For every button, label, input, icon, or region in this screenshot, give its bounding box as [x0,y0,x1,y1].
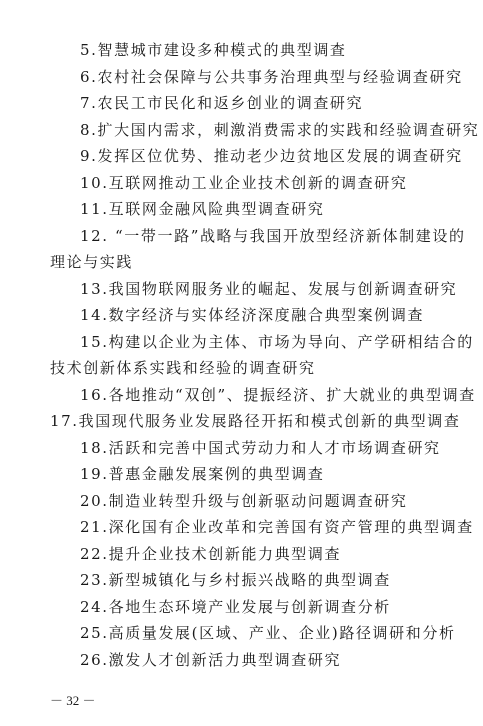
list-item: 7.农民工市民化和返乡创业的调查研究 [80,93,363,113]
list-item: 12. “一带一路”战略与我国开放型经济新体制建设的 [80,226,466,246]
list-item: 13.我国物联网服务业的崛起、发展与创新调查研究 [80,279,457,299]
list-item: 11.互联网金融风险典型调查研究 [80,199,324,219]
list-item: 5.智慧城市建设多种模式的典型调查 [80,40,347,60]
list-item: 14.数字经济与实体经济深度融合典型案例调查 [80,305,424,325]
list-item: 23.新型城镇化与乡村振兴战略的典型调查 [80,570,391,590]
list-item-continuation: 理论与实践 [50,252,133,272]
list-item: 21.深化国有企业改革和完善国有资产管理的典型调查 [80,517,474,537]
list-item: 17.我国现代服务业发展路径开拓和模式创新的典型调查 [50,411,460,431]
list-item: 16.各地推动“双创”、提振经济、扩大就业的典型调查 [80,385,476,405]
list-item: 24.各地生态环境产业发展与创新调查分析 [80,597,391,617]
list-item: 20.制造业转型升级与创新驱动问题调查研究 [80,491,407,511]
list-item: 6.农村社会保障与公共事务治理典型与经验调查研究 [80,67,463,87]
list-item: 25.高质量发展(区域、产业、企业)路径调研和分析 [80,623,456,643]
list-item: 8.扩大国内需求，刺激消费需求的实践和经验调查研究 [80,120,479,140]
list-item: 18.活跃和完善中国式劳动力和人才市场调查研究 [80,438,441,458]
page-number: － 32 － [50,692,96,710]
list-item: 10.互联网推动工业企业技术创新的调查研究 [80,173,407,193]
list-item: 9.发挥区位优势、推动老少边贫地区发展的调查研究 [80,146,463,166]
list-item: 15.构建以企业为主体、市场为导向、产学研相结合的 [80,332,474,352]
list-item: 22.提升企业技术创新能力典型调查 [80,544,341,564]
document-page: 5.智慧城市建设多种模式的典型调查 6.农村社会保障与公共事务治理典型与经验调查… [0,0,483,726]
list-item: 19.普惠金融发展案例的典型调查 [80,464,324,484]
list-item: 26.激发人才创新活力典型调查研究 [80,650,341,670]
list-item-continuation: 技术创新体系实践和经验的调查研究 [50,358,316,378]
